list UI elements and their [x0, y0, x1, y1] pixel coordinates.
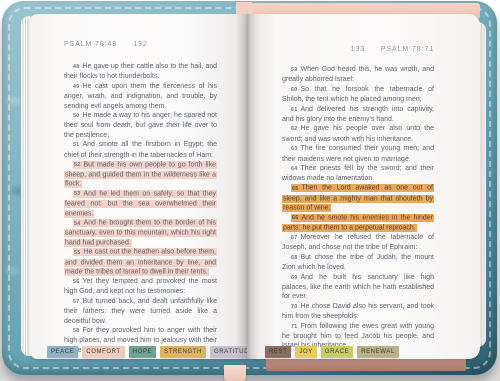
verse-number: 51	[73, 142, 80, 148]
right-header-reference: PSALM 78:71	[381, 46, 434, 53]
verse-text: But turned back, and dealt unfaithfully …	[64, 298, 217, 325]
right-page: 133 PSALM 78:71 59When God heard this, h…	[247, 14, 480, 359]
verse-number: 70	[291, 304, 298, 310]
tab-label: PEACE	[51, 349, 74, 355]
left-verse-column: 48He gave up their cattle also to the ha…	[64, 62, 217, 355]
left-header-reference: PSALM 78:48	[64, 41, 117, 48]
verse-text: He gave his people over also unto the sw…	[282, 125, 434, 142]
verse-number: 67	[291, 235, 298, 241]
verse-number: 54	[74, 221, 81, 227]
verse-64: 64Their priests fell by the sword; and t…	[282, 164, 434, 184]
tab-renewal: RENEWAL	[357, 346, 399, 358]
verse-68: 68But chose the tribe of Judah, the moun…	[282, 253, 434, 273]
verse-number: 48	[73, 64, 80, 70]
photo-background: PSALM 78:48 132 48He gave up their cattl…	[0, 0, 500, 381]
tab-strength: STRENGTH	[160, 346, 206, 358]
verse-text: And delivered his strength into captivit…	[282, 106, 434, 123]
verse-number: 57	[73, 299, 80, 305]
tab-rest: REST	[265, 346, 291, 358]
verse-text: And he smote his enemies in the hinder p…	[283, 214, 433, 231]
verse-text: He made a way to his anger; he spared no…	[64, 112, 217, 139]
verse-70: 70He chose David also his servant, and t…	[282, 302, 434, 322]
verse-text: He cast upon them the fierceness of his …	[64, 83, 217, 110]
tab-label: REST	[269, 349, 287, 355]
tab-label: COMFORT	[86, 349, 120, 355]
verse-number: 49	[73, 84, 80, 90]
orange-highlight: 66And he smote his enemies in the hinder…	[282, 214, 434, 232]
verse-number: 59	[291, 67, 298, 73]
verse-67: 67Moreover he refused the tabernacle of …	[282, 233, 434, 253]
verse-56: 56Yet they tempted and provoked the most…	[64, 277, 217, 297]
verse-53: 53And he led them on safely, so that the…	[64, 189, 217, 218]
verse-text: He cast out the heathen also before them…	[65, 249, 216, 276]
verse-number: 68	[291, 255, 298, 261]
verse-text: But chose the tribe of Judah, the mount …	[282, 254, 434, 271]
pink-highlight: 54And he brought them to the border of h…	[64, 219, 217, 247]
verse-text: The fire consumed their young men; and t…	[282, 145, 434, 162]
verse-65: 65Then the Lord awaked as one out of sle…	[282, 184, 434, 213]
verse-49: 49He cast upon them the fierceness of hi…	[64, 82, 217, 111]
orange-highlight: 65Then the Lord awaked as one out of sle…	[282, 184, 434, 212]
tab-comfort: COMFORT	[82, 346, 124, 358]
verse-61: 61And delivered his strength into captiv…	[282, 105, 434, 125]
tab-joy: JOY	[295, 346, 316, 358]
verse-55: 55He cast out the heathen also before th…	[64, 248, 217, 277]
verse-69: 69And he built his sanctuary like high p…	[282, 273, 434, 302]
left-highlight-legend: PEACE COMFORT HOPE STRENGTH GRATITUDE	[47, 346, 258, 358]
verse-number: 55	[74, 250, 81, 256]
verse-number: 50	[73, 113, 80, 119]
verse-number: 69	[291, 275, 298, 281]
left-page: PSALM 78:48 132 48He gave up their cattl…	[29, 14, 247, 359]
pink-highlight: 53And he led them on safely, so that the…	[64, 190, 217, 218]
verse-text: When God heard this, he was wroth, and g…	[282, 66, 434, 83]
verse-number: 63	[291, 146, 298, 152]
verse-66: 66And he smote his enemies in the hinder…	[282, 213, 434, 233]
pink-highlight: 52But made his own people to go forth li…	[64, 161, 217, 189]
verse-60: 60So that he forsook the tabernacle of S…	[282, 85, 434, 105]
verse-text: Moreover he refused the tabernacle of Jo…	[282, 234, 434, 251]
pink-highlight: 55He cast out the heathen also before th…	[64, 248, 217, 276]
verse-number: 56	[73, 279, 80, 285]
verse-number: 66	[292, 215, 299, 221]
right-page-number: 133	[351, 46, 365, 53]
verse-number: 71	[291, 324, 298, 330]
left-page-number: 132	[133, 41, 147, 48]
verse-text: Their priests fell by the sword; and the…	[282, 165, 434, 182]
tab-label: JOY	[299, 349, 312, 355]
verse-text: He gave up their cattle also to the hail…	[64, 63, 217, 80]
verse-number: 60	[291, 87, 298, 93]
tab-label: STRENGTH	[164, 349, 202, 355]
tab-label: HOPE	[133, 349, 152, 355]
verse-number: 64	[291, 166, 298, 172]
tab-hope: HOPE	[129, 346, 156, 358]
verse-number: 53	[74, 191, 81, 197]
verse-57: 57But turned back, and dealt unfaithfull…	[64, 297, 217, 326]
verse-number: 65	[292, 186, 299, 192]
verse-text: So that he forsook the tabernacle of Shi…	[282, 86, 434, 103]
verse-number: 62	[291, 126, 298, 132]
verse-63: 63The fire consumed their young men; and…	[282, 144, 434, 164]
verse-62: 62He gave his people over also unto the …	[282, 124, 434, 144]
verse-text: And he led them on safely, so that they …	[65, 190, 216, 217]
right-verse-column: 59When God heard this, he was wroth, and…	[282, 65, 434, 351]
tab-grace: GRACE	[321, 346, 353, 358]
verse-50: 50He made a way to his anger; he spared …	[64, 111, 217, 140]
verse-text: And he brought them to the border of his…	[65, 220, 216, 247]
verse-54: 54And he brought them to the border of h…	[64, 219, 217, 248]
right-page-header: 133 PSALM 78:71	[282, 46, 434, 55]
verse-48: 48He gave up their cattle also to the ha…	[64, 62, 217, 82]
left-page-header: PSALM 78:48 132	[64, 41, 217, 50]
ribbon-marker-bottom	[224, 365, 246, 381]
verse-text: And he built his sanctuary like high pal…	[282, 274, 434, 301]
verse-text: And smote all the firstborn in Egypt; th…	[64, 141, 217, 158]
verse-51: 51And smote all the firstborn in Egypt; …	[64, 140, 217, 160]
verse-text: He chose David also his servant, and too…	[282, 303, 434, 320]
right-highlight-legend: REST JOY GRACE RENEWAL	[265, 346, 399, 358]
verse-number: 52	[74, 162, 81, 168]
verse-text: Then the Lord awaked as one out of sleep…	[283, 185, 433, 212]
tab-peace: PEACE	[47, 346, 78, 358]
tab-label: GRACE	[325, 349, 349, 355]
verse-number: 58	[73, 328, 80, 334]
verse-text: But made his own people to go forth like…	[65, 161, 216, 188]
tab-label: RENEWAL	[361, 349, 395, 355]
verse-text: Yet they tempted and provoked the most h…	[64, 278, 217, 295]
verse-52: 52But made his own people to go forth li…	[64, 160, 217, 189]
verse-number: 61	[291, 107, 298, 113]
verse-59: 59When God heard this, he was wroth, and…	[282, 65, 434, 85]
